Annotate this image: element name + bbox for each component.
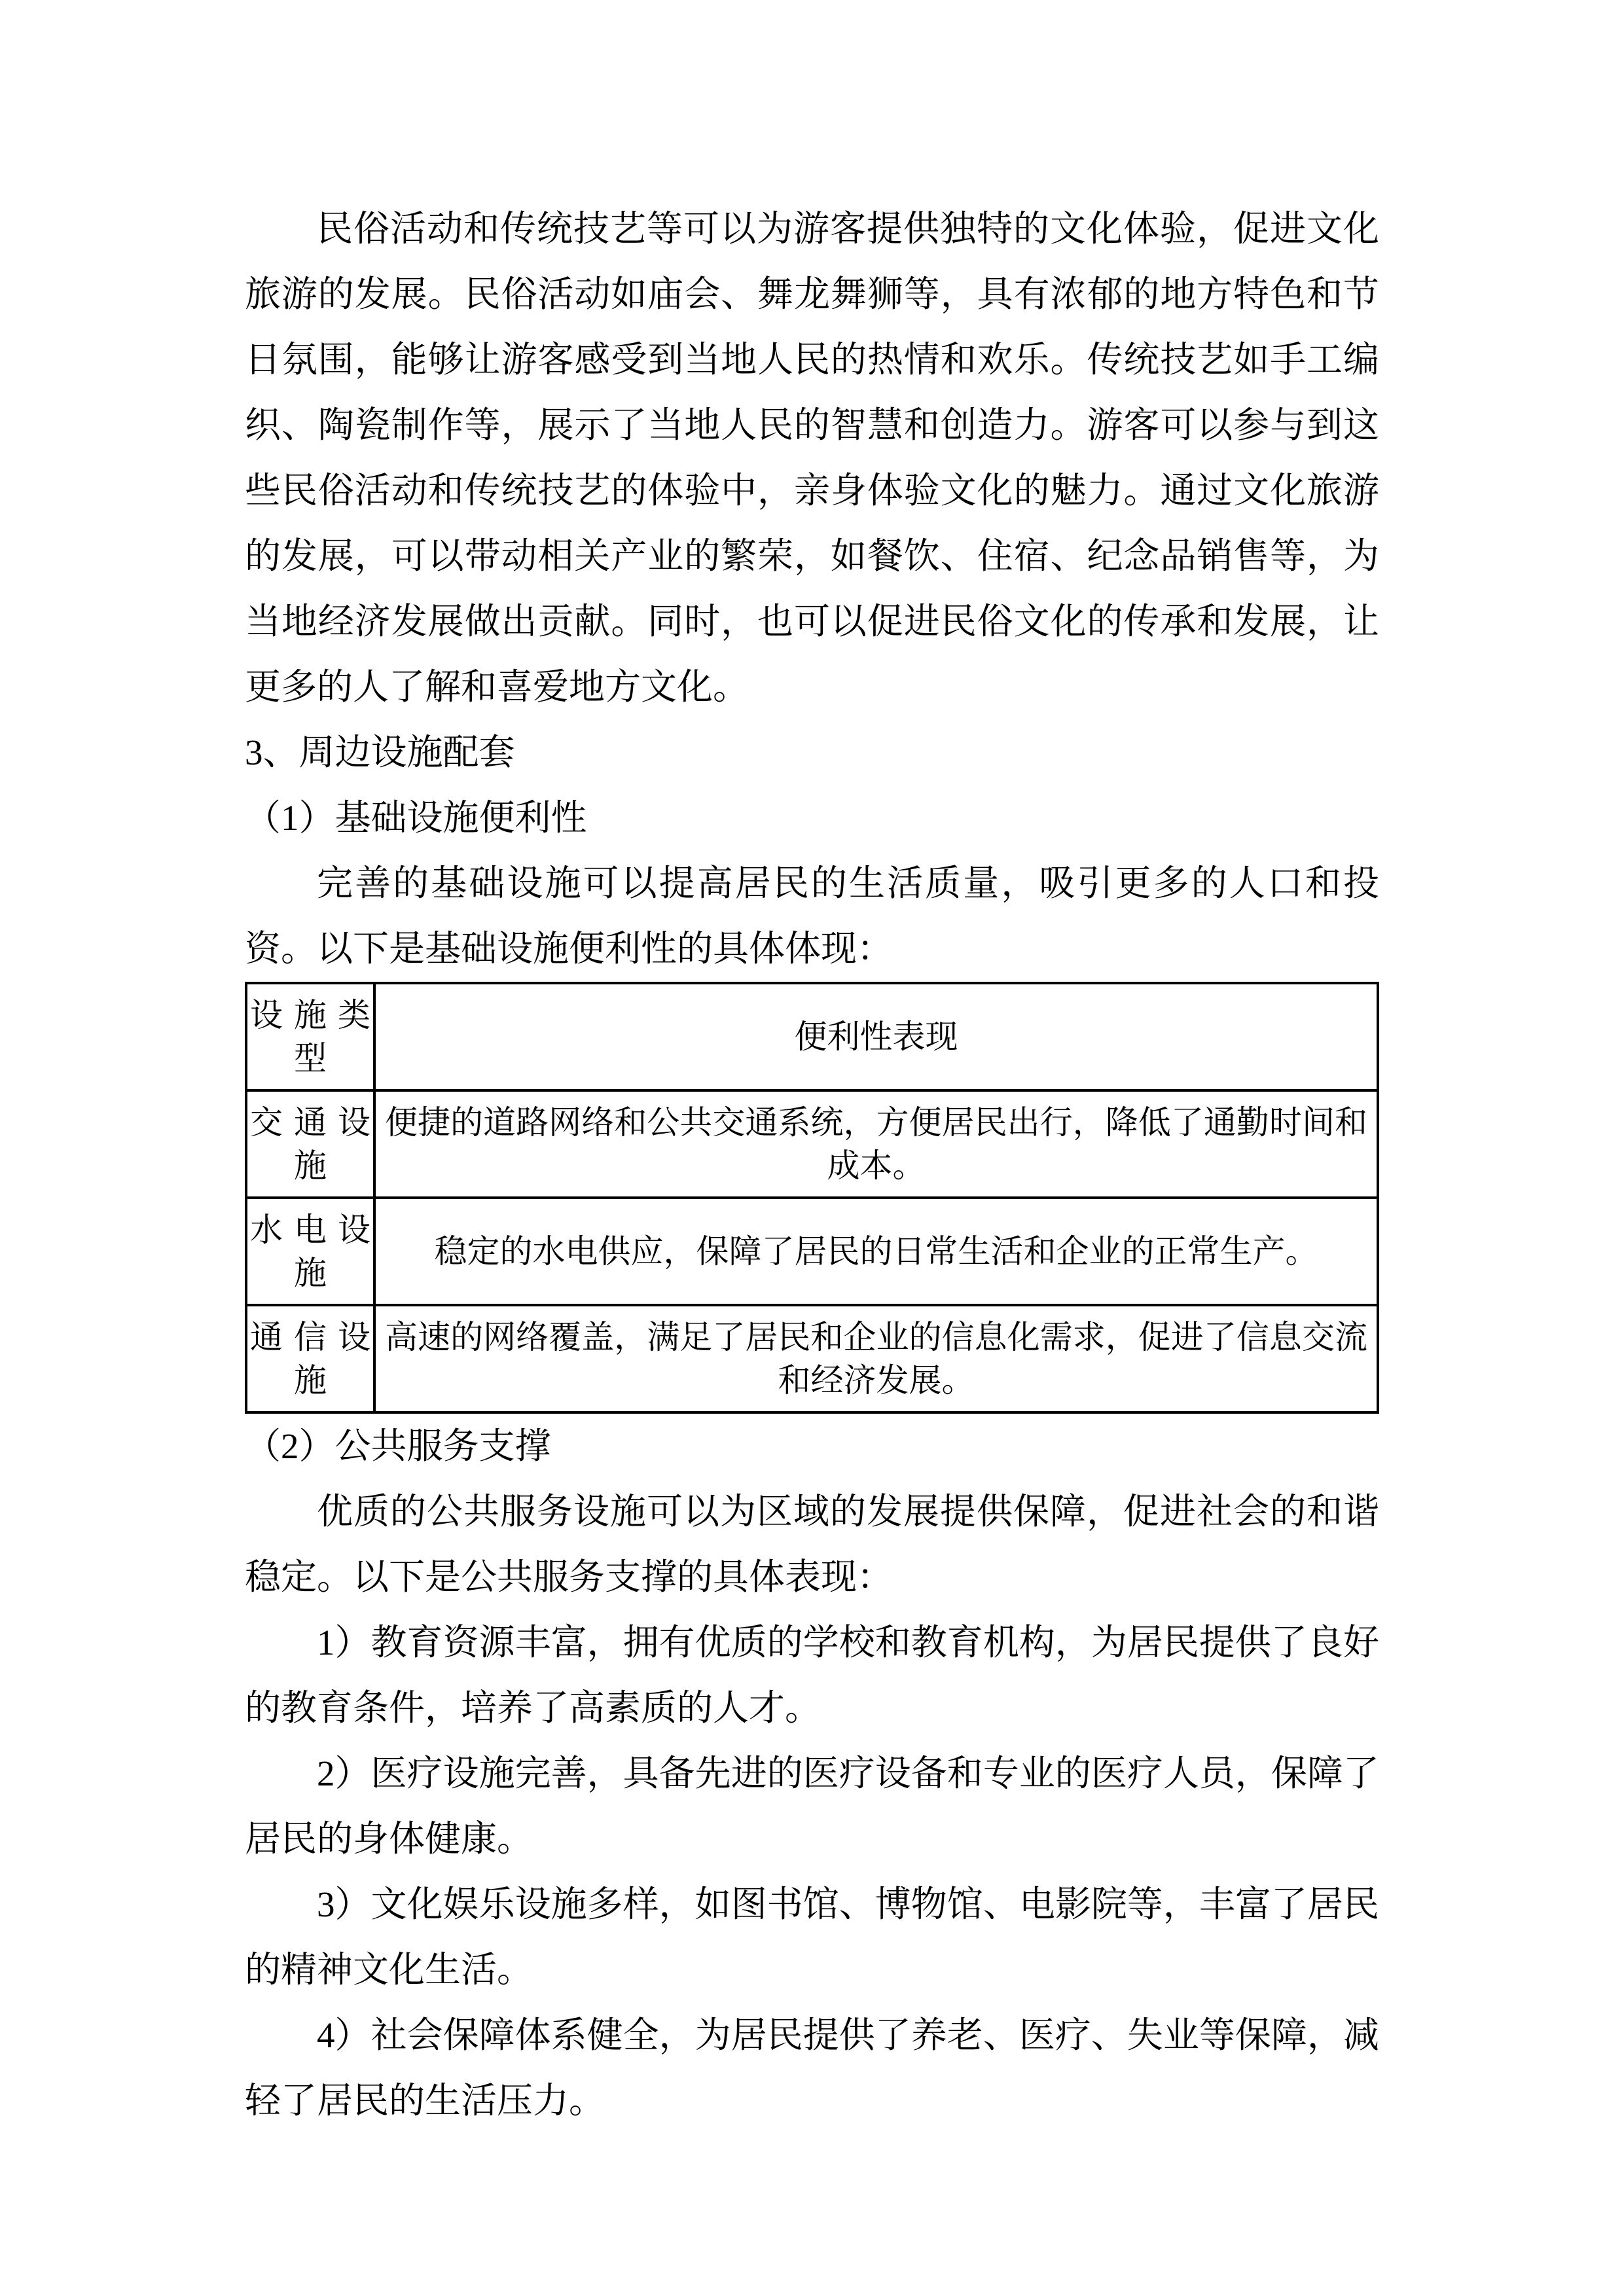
section-heading-surrounding-facilities: 3、周边设施配套: [245, 720, 1379, 785]
subsection-heading-infrastructure-convenience: （1）基础设施便利性: [245, 785, 1379, 851]
list-item-social-security: 4）社会保障体系健全，为居民提供了养老、医疗、失业等保障，减轻了居民的生活压力。: [245, 2003, 1379, 2134]
table-cell-desc-communication: 高速的网络覆盖，满足了居民和企业的信息化需求，促进了信息交流和经济发展。: [374, 1305, 1378, 1412]
table-cell-type-transport: 交通设施: [246, 1090, 374, 1198]
table-cell-type-communication: 通信设施: [246, 1305, 374, 1412]
table-row: 交通设施 便捷的道路网络和公共交通系统，方便居民出行，降低了通勤时间和成本。: [246, 1090, 1378, 1198]
body-paragraph-folk-culture: 民俗活动和传统技艺等可以为游客提供独特的文化体验，促进文化旅游的发展。民俗活动如…: [245, 196, 1379, 720]
paragraph-public-services-intro: 优质的公共服务设施可以为区域的发展提供保障，促进社会的和谐稳定。以下是公共服务支…: [245, 1479, 1379, 1610]
list-item-culture-entertainment: 3）文化娱乐设施多样，如图书馆、博物馆、电影院等，丰富了居民的精神文化生活。: [245, 1872, 1379, 2003]
table-row: 通信设施 高速的网络覆盖，满足了居民和企业的信息化需求，促进了信息交流和经济发展…: [246, 1305, 1378, 1412]
list-item-medical: 2）医疗设施完善，具备先进的医疗设备和专业的医疗人员，保障了居民的身体健康。: [245, 1741, 1379, 1872]
table-cell-type-utilities: 水电设施: [246, 1198, 374, 1305]
table-cell-desc-transport: 便捷的道路网络和公共交通系统，方便居民出行，降低了通勤时间和成本。: [374, 1090, 1378, 1198]
table-row: 水电设施 稳定的水电供应，保障了居民的日常生活和企业的正常生产。: [246, 1198, 1378, 1305]
table-cell-desc-utilities: 稳定的水电供应，保障了居民的日常生活和企业的正常生产。: [374, 1198, 1378, 1305]
subsection-heading-public-services: （2）公共服务支撑: [245, 1414, 1379, 1479]
paragraph-infrastructure-intro: 完善的基础设施可以提高居民的生活质量，吸引更多的人口和投资。以下是基础设施便利性…: [245, 851, 1379, 982]
list-item-education: 1）教育资源丰富，拥有优质的学校和教育机构，为居民提供了良好的教育条件，培养了高…: [245, 1610, 1379, 1741]
infrastructure-table: 设施类型 便利性表现 交通设施 便捷的道路网络和公共交通系统，方便居民出行，降低…: [245, 982, 1379, 1414]
table-header-convenience: 便利性表现: [374, 983, 1378, 1090]
table-header-row: 设施类型 便利性表现: [246, 983, 1378, 1090]
document-page: 民俗活动和传统技艺等可以为游客提供独特的文化体验，促进文化旅游的发展。民俗活动如…: [0, 0, 1624, 2296]
table-header-facility-type: 设施类型: [246, 983, 374, 1090]
